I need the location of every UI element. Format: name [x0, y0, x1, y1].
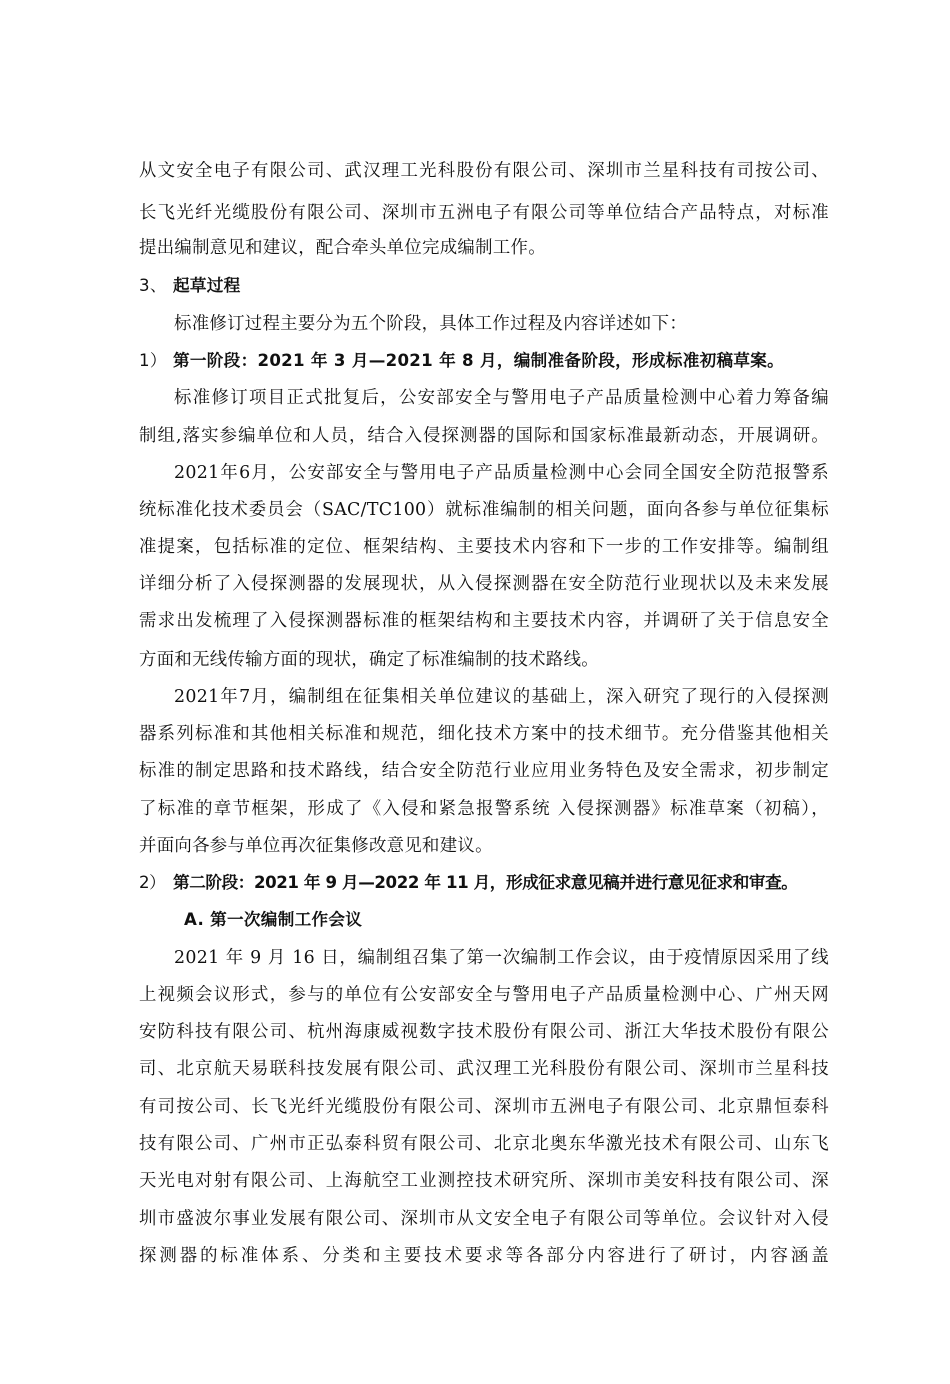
stage-title: 第二阶段：2021 年 9 月—2022 年 11 月，形成征求意见稿并进行意见…: [173, 873, 798, 892]
body-text-line: 圳市盛波尔事业发展有限公司、深圳市从文安全电子有限公司等单位。会议针对入侵: [139, 1207, 829, 1231]
document-page: 从文安全电子有限公司、武汉理工光科股份有限公司、深圳市兰星科技有司按公司、 长飞…: [0, 0, 950, 1384]
body-text-line: 探测器的标准体系、分类和主要技术要求等各部分内容进行了研讨，内容涵盖: [139, 1244, 829, 1268]
body-text-line: 统标准化技术委员会（SAC/TC100）就标准编制的相关问题，面向各参与单位征集…: [139, 498, 829, 522]
body-text-line: 了标准的章节框架，形成了《入侵和紧急报警系统 入侵探测器》标准草案（初稿），: [139, 797, 829, 821]
stage-heading: 1）第一阶段：2021 年 3 月—2021 年 8 月，编制准备阶段，形成标准…: [139, 349, 829, 373]
stage-heading: 2）第二阶段：2021 年 9 月—2022 年 11 月，形成征求意见稿并进行…: [139, 871, 839, 895]
body-text-line: 准提案，包括标准的定位、框架结构、主要技术内容和下一步的工作安排等。编制组: [139, 535, 829, 559]
body-text-line: 制组,落实参编单位和人员，结合入侵探测器的国际和国家标准最新动态，开展调研。: [139, 424, 829, 448]
body-text-line: 详细分析了入侵探测器的发展现状，从入侵探测器在安全防范行业现状以及未来发展: [139, 572, 829, 596]
section-heading: 3、起草过程: [139, 274, 829, 298]
body-text-line: 天光电对射有限公司、上海航空工业测控技术研究所、深圳市美安科技有限公司、深: [139, 1169, 829, 1193]
body-text-line: 2021年6月，公安部安全与警用电子产品质量检测中心会同全国安全防范报警系: [174, 461, 829, 485]
body-text-line: 从文安全电子有限公司、武汉理工光科股份有限公司、深圳市兰星科技有司按公司、: [139, 159, 829, 183]
body-text-line: 并面向各参与单位再次征集修改意见和建议。: [139, 834, 829, 858]
body-text-line: 器系列标准和其他相关标准和规范，细化技术方案中的技术细节。充分借鉴其他相关: [139, 722, 829, 746]
stage-title: 第一阶段：2021 年 3 月—2021 年 8 月，编制准备阶段，形成标准初稿…: [173, 351, 784, 370]
stage-number: 2）: [139, 871, 173, 895]
body-text-line: 标准修订项目正式批复后，公安部安全与警用电子产品质量检测中心着力筹备编: [174, 386, 829, 410]
subsection-heading: A. 第一次编制工作会议: [184, 908, 874, 932]
section-title: 起草过程: [173, 276, 241, 295]
stage-number: 1）: [139, 349, 173, 373]
body-text-line: 标准的制定思路和技术路线，结合安全防范行业应用业务特色及安全需求，初步制定: [139, 759, 829, 783]
body-text-line: 需求出发梳理了入侵探测器标准的框架结构和主要技术内容，并调研了关于信息安全: [139, 609, 829, 633]
body-text-line: 2021 年 9 月 16 日，编制组召集了第一次编制工作会议，由于疫情原因采用…: [174, 946, 829, 970]
body-text-line: 安防科技有限公司、杭州海康威视数字技术股份有限公司、浙江大华技术股份有限公: [139, 1020, 829, 1044]
body-text-line: 长飞光纤光缆股份有限公司、深圳市五洲电子有限公司等单位结合产品特点，对标准: [139, 201, 829, 225]
body-text-line: 有司按公司、长飞光纤光缆股份有限公司、深圳市五洲电子有限公司、北京鼎恒泰科: [139, 1095, 829, 1119]
body-text-line: 2021年7月，编制组在征集相关单位建议的基础上，深入研究了现行的入侵探测: [174, 685, 829, 709]
body-text-line: 方面和无线传输方面的现状，确定了标准编制的技术路线。: [139, 648, 829, 672]
body-text-line: 提出编制意见和建议，配合牵头单位完成编制工作。: [139, 236, 829, 260]
body-text-line: 司、北京航天易联科技发展有限公司、武汉理工光科股份有限公司、深圳市兰星科技: [139, 1057, 829, 1081]
body-text-line: 标准修订过程主要分为五个阶段，具体工作过程及内容详述如下：: [174, 312, 829, 336]
body-text-line: 上视频会议形式，参与的单位有公安部安全与警用电子产品质量检测中心、广州天网: [139, 983, 829, 1007]
section-number: 3、: [139, 274, 173, 298]
body-text-line: 技有限公司、广州市正弘泰科贸有限公司、北京北奥东华激光技术有限公司、山东飞: [139, 1132, 829, 1156]
